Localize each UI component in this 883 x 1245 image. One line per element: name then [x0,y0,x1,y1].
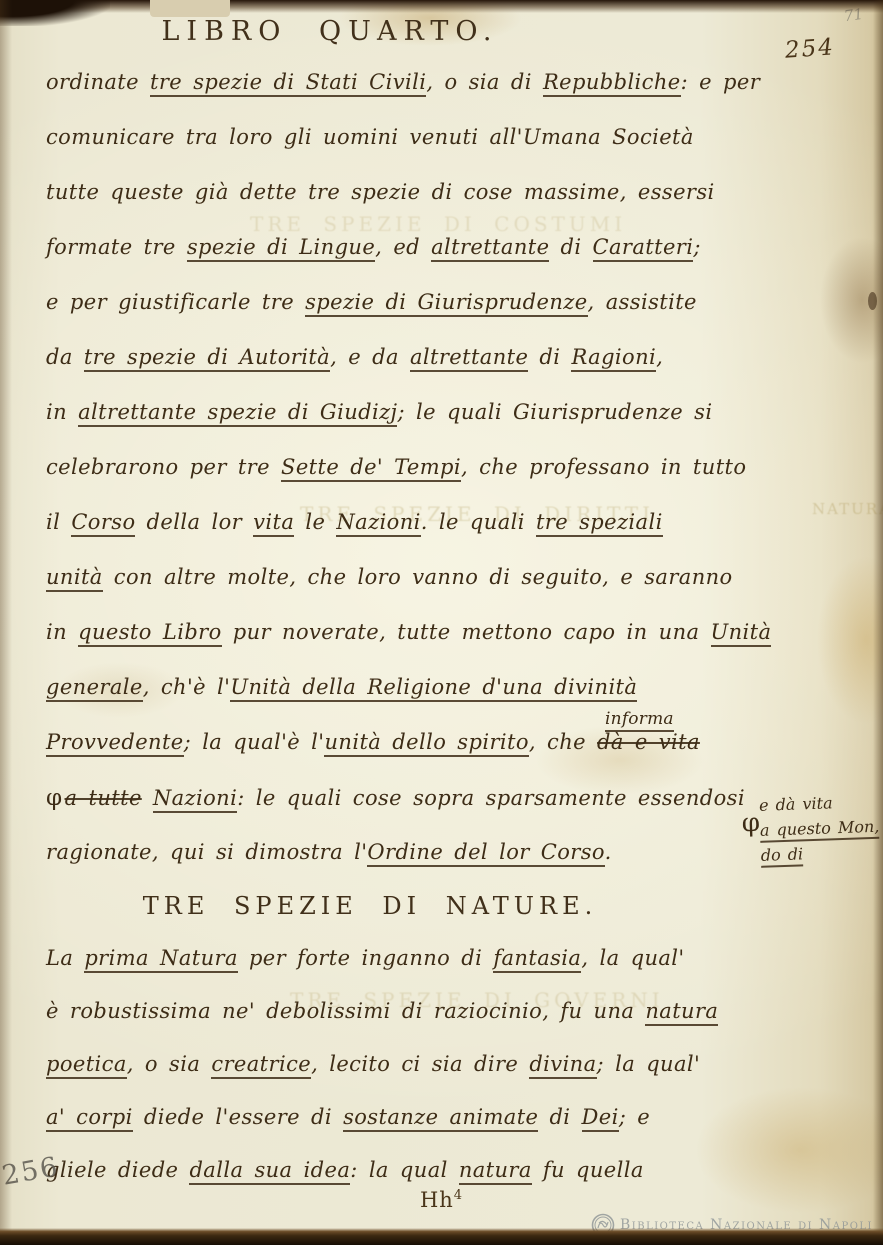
manuscript-line: celebrarono per tre Sette de' Tempi, che… [46,455,786,510]
manuscript-line: a' corpi diede l'essere di sostanze anim… [46,1105,786,1158]
manuscript-text-segment: generale [46,675,143,702]
manuscript-text-segment: sostanze animate [343,1105,538,1132]
folio-number-ink: 254 [784,34,836,63]
manuscript-text-segment: in [46,620,78,644]
manuscript-text-segment: creatrice [211,1052,311,1079]
manuscript-text-segment: formate tre [46,235,187,259]
manuscript-text-segment: Dei [582,1105,619,1132]
manuscript-line: tutte queste già dette tre spezie di cos… [46,180,786,235]
manuscript-line: il Corso della lor vita le Nazioni. le q… [46,510,786,565]
manuscript-text-segment: Caratteri [593,235,694,262]
manuscript-line: Provvedente; la qual'è l'unità dello spi… [46,730,786,785]
manuscript-text-segment: e dà vita [759,793,833,815]
manuscript-line: ordinate tre spezie di Stati Civili, o s… [46,70,786,125]
manuscript-text-segment: , ch'è l' [143,675,231,699]
manuscript-text-segment: ; e [619,1105,650,1129]
manuscript-text-segment: ; le quali Giurisprudenze si [397,400,712,424]
manuscript-text-segment: questo Libro [78,620,222,647]
manuscript-text-segment: Repubbliche [543,70,681,97]
manuscript-text-segment: diede l'essere di [133,1105,343,1129]
manuscript-text-segment: a tutte [65,786,142,810]
manuscript-text-segment: tutte queste già dette tre spezie di cos… [46,180,715,204]
manuscript-text-segment: ; la qual' [597,1052,701,1076]
manuscript-text-segment: di [528,345,571,369]
quire-signature-letters: Hh [420,1188,454,1212]
page-right-edge-stain [868,292,877,310]
manuscript-text-segment: ; la qual'è l' [184,730,325,754]
manuscript-text-segment: Unità [711,620,772,647]
manuscript-text-segment: natura [459,1158,532,1185]
page-top-left-corner-shadow [0,0,110,26]
manuscript-text-segment: fu quella [532,1158,644,1182]
manuscript-text-segment: Ragioni [571,345,656,372]
page-right-edge [873,0,883,1245]
manuscript-line: in questo Libro pur noverate, tutte mett… [46,620,786,675]
manuscript-text-segment: Ordine del lor Corso [367,840,604,867]
manuscript-text-segment: , che professano in tutto [461,455,746,479]
manuscript-text-segment: , che [529,730,597,754]
manuscript-line: generale, ch'è l'Unità della Religione d… [46,675,786,730]
manuscript-line: formate tre spezie di Lingue, ed altrett… [46,235,786,290]
manuscript-text-segment: il [46,510,71,534]
manuscript-text-segment: in [46,400,78,424]
page-left-edge [0,0,12,1245]
manuscript-text-segment: , [656,345,663,369]
manuscript-text-segment: : le quali cose sopra sparsamente essend… [237,786,745,810]
manuscript-text-segment: tre spezie di Autorità [84,345,330,372]
manuscript-text-segment: Unità della Religione d'una divinità [230,675,637,702]
manuscript-text-segment: , e da [330,345,410,369]
manuscript-text-segment: fantasia [493,946,581,973]
manuscript-text-segment: , lecito ci sia dire [311,1052,529,1076]
manuscript-text-segment: di [549,235,592,259]
manuscript-line: in altrettante spezie di Giudizj; le qua… [46,400,786,455]
manuscript-text-segment: : e per [681,70,761,94]
manuscript-text-segment: Provvedente [46,730,184,757]
manuscript-text-segment: a' corpi [46,1105,133,1132]
manuscript-text-segment: , o sia di [426,70,543,94]
paragraph-tre-spezie-di-nature: La prima Natura per forte inganno di fan… [46,946,786,1211]
manuscript-text-segment: ; [693,235,700,259]
manuscript-line: φa tutte Nazioni: le quali cose sopra sp… [46,785,786,840]
manuscript-text-segment: unità [46,565,103,592]
manuscript-text-segment: altrettante [410,345,528,372]
manuscript-text-segment: è robustissima ne' debolissimi di razioc… [46,999,645,1023]
manuscript-text-segment: a questo Mon, [760,817,880,843]
manuscript-text-segment: spezie di Lingue [187,235,375,262]
manuscript-line: comunicare tra loro gli uomini venuti al… [46,125,786,180]
manuscript-line: poetica, o sia creatrice, lecito ci sia … [46,1052,786,1105]
manuscript-text-segment: : la qual [350,1158,459,1182]
page-bottom-edge [0,1228,883,1245]
manuscript-text-segment: e per giustificarle tre [46,290,305,314]
manuscript-text-segment: spezie di Giurisprudenze [305,290,587,317]
manuscript-text-segment: comunicare tra loro gli uomini venuti al… [46,125,694,149]
manuscript-text-segment: . [605,840,612,864]
manuscript-text-segment: Nazioni [153,786,237,813]
manuscript-text-segment: con altre molte, che loro vanno di segui… [103,565,733,589]
manuscript-text-segment: , o sia [127,1052,212,1076]
manuscript-line: e per giustificarle tre spezie di Giuris… [46,290,786,345]
manuscript-text-segment: ordinate [46,70,150,94]
paragraph-corso-delle-nazioni: ordinate tre spezie di Stati Civili, o s… [46,70,786,895]
manuscript-text-segment: , la qual' [581,946,684,970]
manuscript-text-segment: natura [645,999,718,1026]
manuscript-text-segment: pur noverate, tutte mettono capo in una [222,620,711,644]
interlinear-insertion: informa [605,709,674,732]
manuscript-text-segment: tre speziali [536,510,663,537]
quire-signature: Hh4 [0,1188,883,1212]
manuscript-text-segment: le [294,510,336,534]
manuscript-text-segment: tre spezie di Stati Civili [150,70,426,97]
manuscript-line: unità con altre molte, che loro vanno di… [46,565,786,620]
manuscript-text-segment: altrettante spezie di Giudizj [78,400,397,427]
manuscript-text-segment: prima Natura [84,946,238,973]
manuscript-text-segment: gliele diede [46,1158,189,1182]
manuscript-page-scan: TRE SPEZIE DI COSTUMI TRE SPEZIE DI DIRI… [0,0,883,1245]
page-top-edge-notch [150,0,230,17]
manuscript-text-segment: della lor [135,510,253,534]
manuscript-text-segment: Corso [71,510,135,537]
manuscript-text-segment: dà e vitainforma [597,730,700,754]
manuscript-text-segment [142,786,153,810]
manuscript-text-segment: per forte inganno di [238,946,493,970]
manuscript-text-segment: La [46,946,84,970]
insertion-anchor-mark: φ [46,785,63,811]
manuscript-text-segment: da [46,345,84,369]
manuscript-text-segment: Nazioni [336,510,420,537]
section-heading: TRE SPEZIE DI NATURE. [0,892,740,920]
page-top-edge [0,0,883,13]
manuscript-text-segment: unità dello spirito [324,730,528,757]
manuscript-line: da tre spezie di Autorità, e da altretta… [46,345,786,400]
manuscript-text-segment: Sette de' Tempi [281,455,461,482]
margin-note: φ e dà vitaa questo Mon,do di [745,792,882,872]
manuscript-text-segment: altrettante [431,235,549,262]
manuscript-text-segment: celebrarono per tre [46,455,281,479]
manuscript-text-segment: , assistite [588,290,697,314]
insertion-anchor-mark: φ [741,808,760,839]
manuscript-line: ragionate, qui si dimostra l'Ordine del … [46,840,786,895]
manuscript-text-segment: . le quali [421,510,536,534]
manuscript-text-segment: ragionate, qui si dimostra l' [46,840,367,864]
manuscript-text-segment: di [538,1105,581,1129]
quire-signature-number: 4 [454,1188,463,1203]
manuscript-text-segment: dalla sua idea [189,1158,350,1185]
manuscript-text-segment: , ed [375,235,431,259]
manuscript-line: è robustissima ne' debolissimi di razioc… [46,999,786,1052]
margin-note-lines: e dà vitaa questo Mon,do di [759,792,882,871]
manuscript-line: do di [760,842,881,871]
manuscript-line: La prima Natura per forte inganno di fan… [46,946,786,999]
manuscript-text-segment: vita [253,510,294,537]
manuscript-text-segment: do di [760,844,803,867]
manuscript-text-segment: poetica [46,1052,127,1079]
manuscript-text-segment: divina [529,1052,596,1079]
